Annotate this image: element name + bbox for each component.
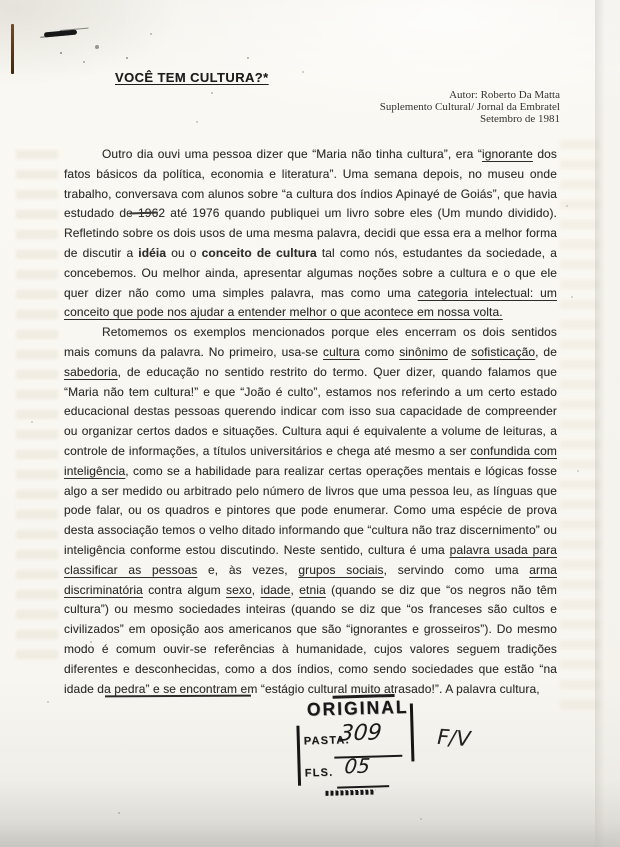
text-run: como [360,345,399,359]
ink-smudge [44,30,77,38]
stamp-hatch-line [325,790,375,796]
underlined-text: ignorante [482,147,533,161]
text-run: , de [535,345,557,359]
underlined-text: sofisticação [471,345,535,359]
underlined-text: cultura [323,345,360,359]
archive-stamp: ORIGINAL PASTA. 309 FLS. 05 [293,695,424,797]
document-body: Outro dia ouvi uma pessoa dizer que “Mar… [64,145,557,699]
handwritten-fls-number: 05 [343,754,371,779]
bleed-through-left [16,150,58,670]
bleed-through-right [560,140,600,710]
page-title: VOCÊ TEM CULTURA?* [115,70,269,85]
text-run: Outro dia ouvi uma pessoa dizer que “Mar… [102,147,482,161]
text-run: , servindo como uma [384,563,530,577]
handwritten-fv-annotation: F/V [434,725,473,751]
stamp-fls-label: FLS. [305,767,334,780]
paragraph-2: Retomemos os exemplos mencionados porque… [64,323,557,699]
paragraph-1: Outro dia ouvi uma pessoa dizer que “Mar… [64,145,557,323]
text-run: dos fatos básicos da política, economia … [64,147,557,260]
stamp-border [296,726,301,786]
underlined-text: sabedoria [64,365,118,379]
bold-text: idéia [138,246,166,260]
stamp-line [337,785,389,788]
underlined-text: sexo [226,583,252,597]
date-line: Setembro de 1981 [380,114,560,126]
text-run: de [448,345,471,359]
underlined-text: etnia [299,583,326,597]
bold-text: conceito de cultura [202,246,317,260]
byline-block: Autor: Roberto Da Matta Suplemento Cultu… [380,90,560,125]
publication-line: Suplemento Cultural/ Jornal da Embratel [380,102,560,114]
text-run: e, às vezes, [197,563,298,577]
text-run: , [252,583,261,597]
scanned-document-page: VOCÊ TEM CULTURA?* Autor: Roberto Da Mat… [0,0,620,847]
text-run: , [290,583,299,597]
scan-noise-specks [0,0,2,2]
underlined-text: sinônimo [399,345,448,359]
underlined-text: idade [261,583,291,597]
text-run: (quando se diz que “os negros não têm cu… [64,583,557,696]
text-run: contra algum [143,583,226,597]
stamp-original-text: ORIGINAL [307,696,409,721]
stamp-border [410,703,415,761]
page-edge-shadow [595,0,620,847]
binder-mark [11,24,14,74]
text-run: ou o [166,246,201,260]
handwritten-pasta-number: 309 [338,720,382,746]
underlined-text: grupos sociais [298,563,383,577]
